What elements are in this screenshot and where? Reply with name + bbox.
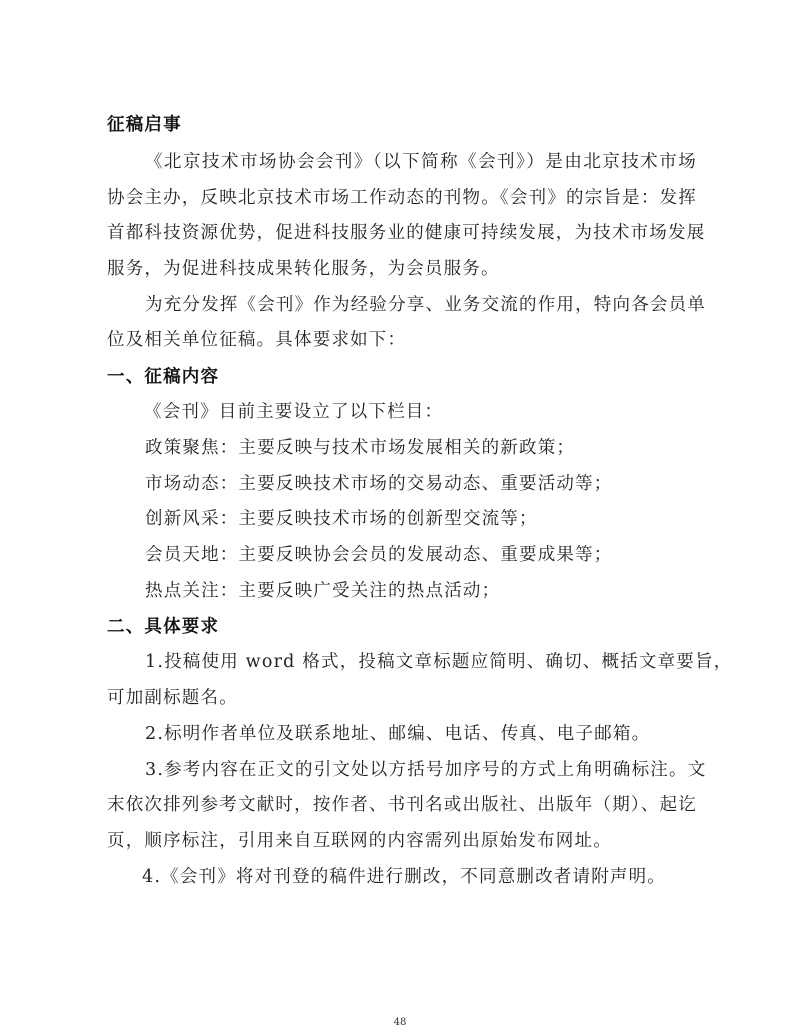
column-item: 热点关注：主要反映广受关注的热点活动；: [145, 580, 735, 602]
section2-heading: 二、具体要求: [107, 616, 697, 638]
requirement-line: 1.投稿使用 word 格式，投稿文章标题应简明、确切、概括文章要旨，: [145, 651, 697, 673]
column-item: 市场动态：主要反映技术市场的交易动态、重要活动等；: [145, 473, 735, 495]
document-title: 征稿启事: [107, 114, 697, 136]
call-paragraph-line: 位及相关单位征稿。具体要求如下：: [107, 329, 697, 351]
requirement-line: 2.标明作者单位及联系地址、邮编、电话、传真、电子邮箱。: [145, 723, 735, 745]
call-paragraph-line: 为充分发挥《会刊》作为经验分享、业务交流的作用，特向各会员单: [145, 294, 697, 316]
requirement-line: 页，顺序标注，引用来自互联网的内容需列出原始发布网址。: [107, 830, 697, 852]
intro-paragraph-line: 首都科技资源优势，促进科技服务业的健康可持续发展，为技术市场发展: [107, 222, 697, 244]
column-item: 创新风采：主要反映技术市场的创新型交流等；: [145, 508, 735, 530]
requirement-line: 末依次排列参考文献时，按作者、书刊名或出版社、出版年（期）、起讫: [107, 794, 697, 816]
requirement-line: 可加副标题名。: [107, 687, 697, 709]
intro-paragraph-line: 服务，为促进科技成果转化服务，为会员服务。: [107, 258, 697, 280]
intro-paragraph-line: 《北京技术市场协会会刊》（以下简称《会刊》）是由北京技术市场: [145, 151, 697, 173]
requirement-line: 4.《会刊》将对刊登的稿件进行删改，不同意删改者请附声明。: [142, 866, 732, 888]
intro-paragraph-line: 协会主办，反映北京技术市场工作动态的刊物。《会刊》的宗旨是：发挥: [107, 187, 697, 209]
column-item: 政策聚焦：主要反映与技术市场发展相关的新政策；: [145, 437, 735, 459]
section1-lead: 《会刊》目前主要设立了以下栏目：: [144, 401, 734, 423]
requirement-line: 3.参考内容在正文的引文处以方括号加序号的方式上角明确标注。文: [145, 759, 697, 781]
section1-heading: 一、征稿内容: [107, 366, 697, 388]
page-number: 48: [0, 1017, 800, 1028]
column-item: 会员天地：主要反映协会会员的发展动态、重要成果等；: [145, 544, 735, 566]
document-page: 征稿启事 《北京技术市场协会会刊》（以下简称《会刊》）是由北京技术市场 协会主办…: [0, 0, 800, 1035]
